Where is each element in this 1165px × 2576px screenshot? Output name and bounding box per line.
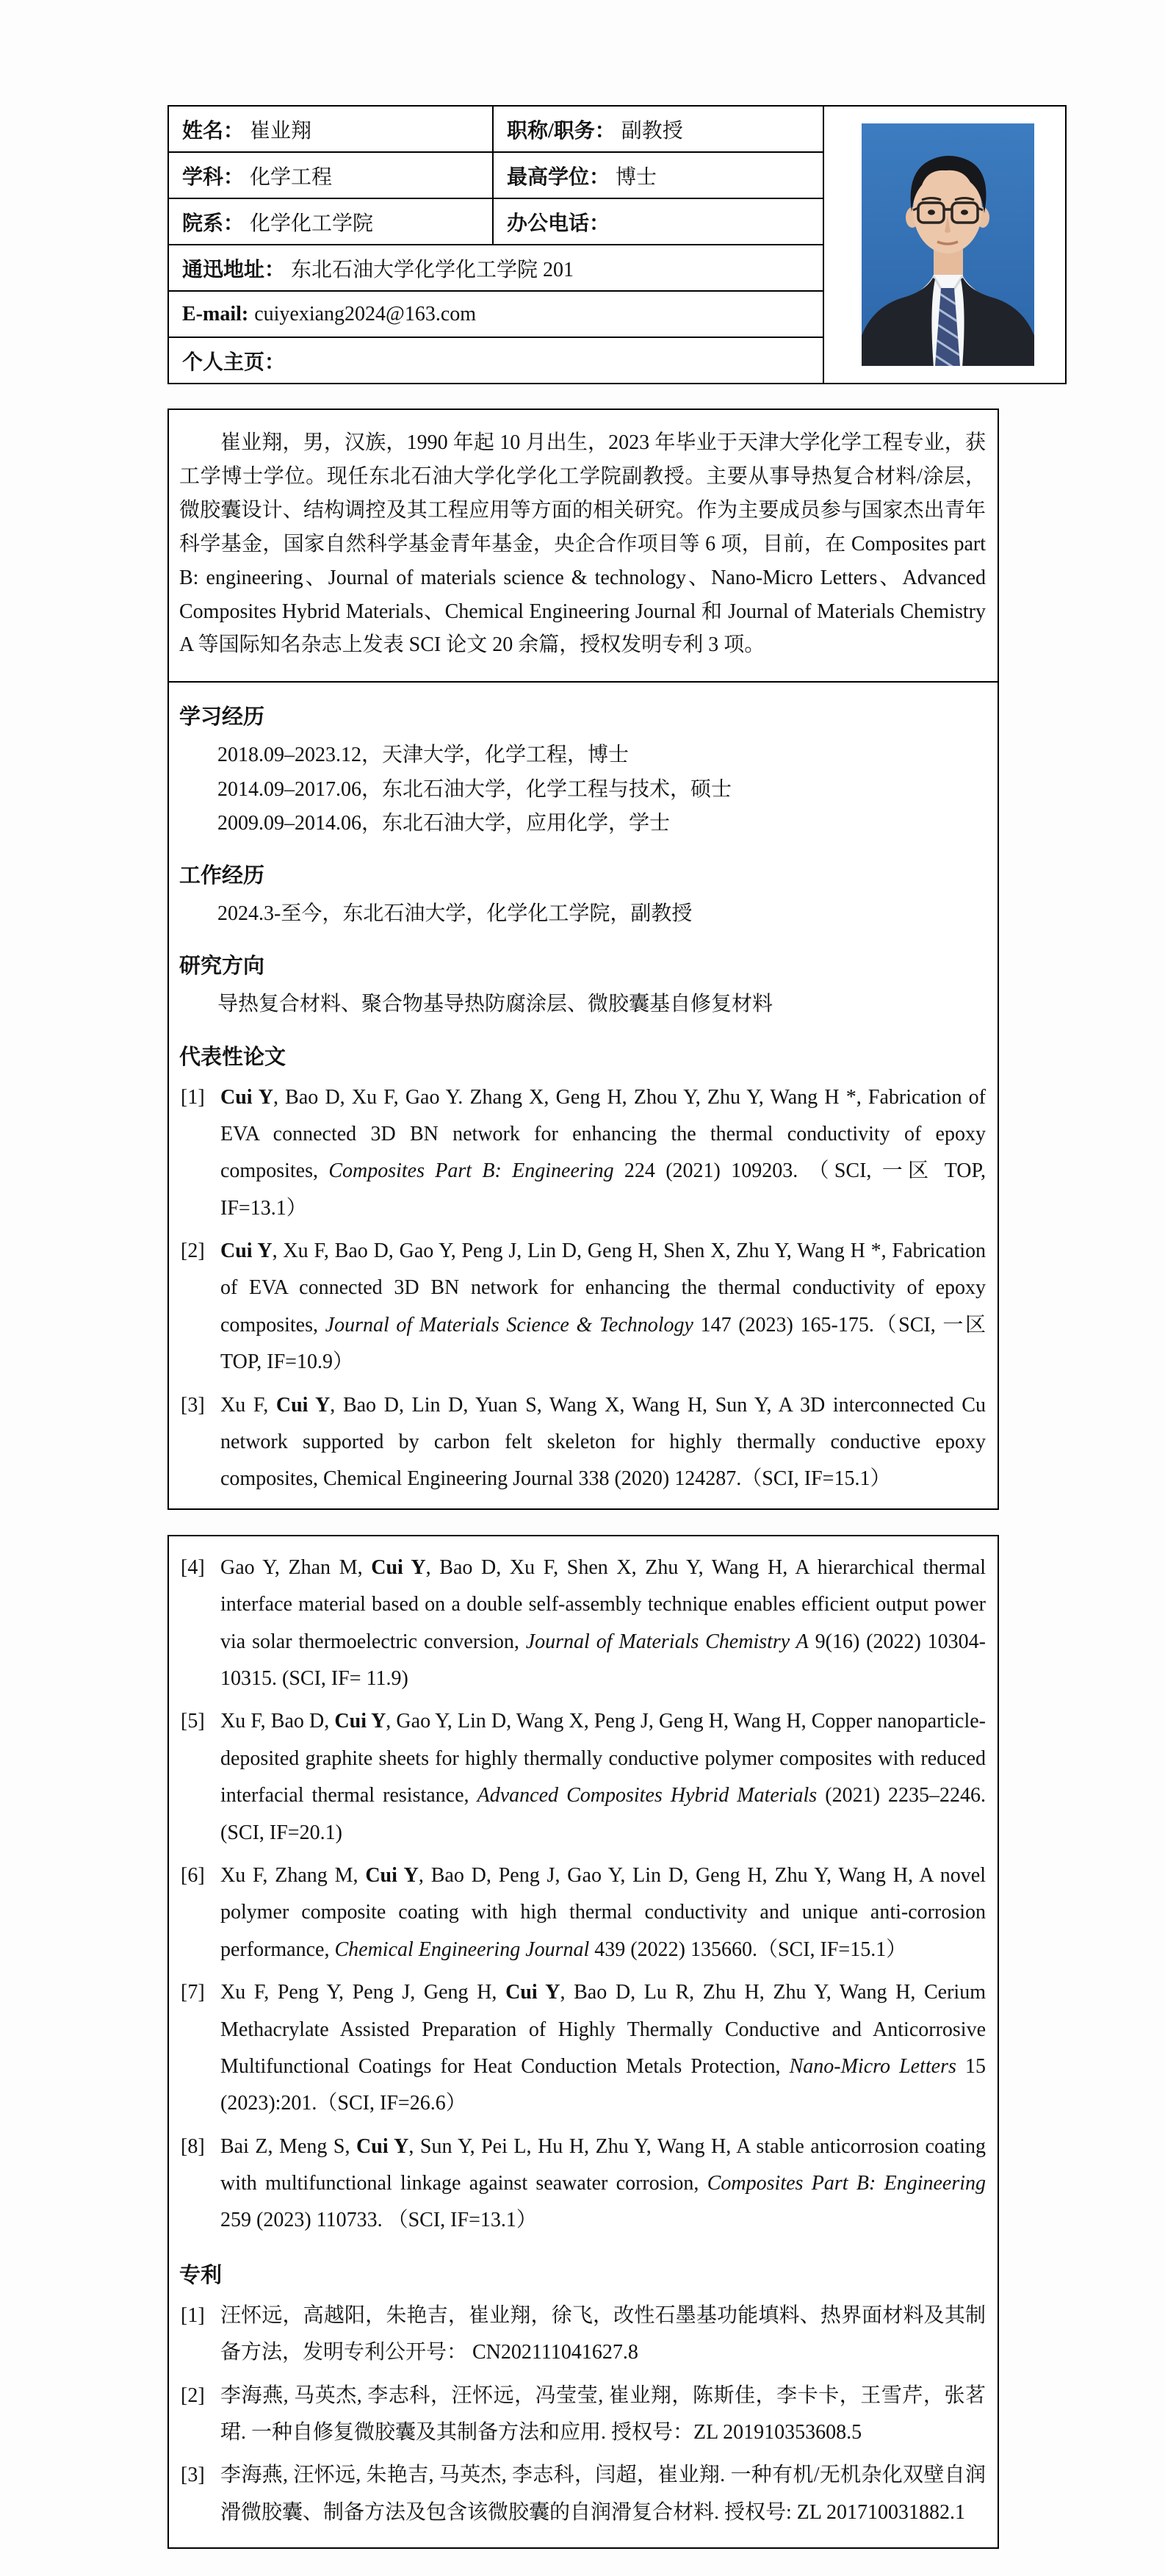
paper-item: [7]Xu F, Peng Y, Peng J, Geng H, Cui Y, … (179, 1974, 986, 2123)
work-heading: 工作经历 (179, 859, 986, 889)
entry-number: [2] (181, 2378, 205, 2414)
entry-text: 李海燕, 马英杰, 李志科，汪怀远，冯莹莹, 崔业翔，陈斯佳，李卡卡，王雪芹，张… (220, 2384, 986, 2444)
profile-photo (862, 123, 1034, 366)
entry-text: Cui Y, Bao D, Xu F, Gao Y. Zhang X, Geng… (220, 1086, 986, 1220)
entry-text: Bai Z, Meng S, Cui Y, Sun Y, Pei L, Hu H… (220, 2135, 986, 2232)
field-email: E-mail:cuiyexiang2024@163.com (168, 291, 823, 337)
entry-text: Xu F, Peng Y, Peng J, Geng H, Cui Y, Bao… (220, 1981, 986, 2115)
field-name-value: 崔业翔 (250, 120, 311, 143)
entry-number: [3] (181, 2457, 205, 2494)
field-email-label: E-mail: (182, 303, 248, 325)
education-item: 2014.09–2017.06，东北石油大学，化学工程与技术，硕士 (217, 774, 986, 806)
cv-sections: 学习经历 2018.09–2023.12，天津大学，化学工程，博士2014.09… (169, 683, 998, 1508)
entry-text: 李海燕, 汪怀远, 朱艳吉, 马英杰, 李志科，闫超，崔业翔. 一种有机/无机杂… (220, 2464, 986, 2523)
paper-item: [3]Xu F, Cui Y, Bao D, Lin D, Yuan S, Wa… (179, 1387, 986, 1498)
table-row: 姓名：崔业翔 职称/职务：副教授 (168, 106, 1066, 152)
education-heading: 学习经历 (179, 700, 986, 730)
entry-text: Xu F, Bao D, Cui Y, Gao Y, Lin D, Wang X… (220, 1710, 986, 1843)
research-heading: 研究方向 (179, 949, 986, 979)
field-department-value: 化学化工学院 (250, 212, 373, 235)
field-degree: 最高学位：博士 (493, 152, 823, 198)
paper-item: [8]Bai Z, Meng S, Cui Y, Sun Y, Pei L, H… (179, 2129, 986, 2239)
entry-number: [3] (181, 1387, 205, 1424)
patent-item: [2]李海燕, 马英杰, 李志科，汪怀远，冯莹莹, 崔业翔，陈斯佳，李卡卡，王雪… (179, 2378, 986, 2452)
research-list: 导热复合材料、聚合物基导热防腐涂层、微胶囊基自修复材料 (179, 988, 986, 1021)
entry-text: Xu F, Cui Y, Bao D, Lin D, Yuan S, Wang … (220, 1394, 986, 1491)
entry-number: [8] (181, 2129, 205, 2165)
field-homepage: 个人主页： (168, 337, 823, 384)
entry-number: [1] (181, 1079, 205, 1116)
info-table: 姓名：崔业翔 职称/职务：副教授 (167, 105, 1067, 384)
field-title-label: 职称/职务： (507, 120, 616, 143)
entry-number: [6] (181, 1857, 205, 1894)
entry-text: Cui Y, Xu F, Bao D, Gao Y, Peng J, Lin D… (220, 1240, 986, 1373)
work-item: 2024.3-至今，东北石油大学，化学化工学院，副教授 (217, 898, 986, 930)
field-department-label: 院系： (182, 212, 244, 235)
paper-item: [1]Cui Y, Bao D, Xu F, Gao Y. Zhang X, G… (179, 1079, 986, 1228)
papers-list-page2: [4]Gao Y, Zhan M, Cui Y, Bao D, Xu F, Sh… (179, 1550, 986, 2239)
field-address-value: 东北石油大学化学化工学院 201 (291, 259, 574, 281)
education-list: 2018.09–2023.12，天津大学，化学工程，博士2014.09–2017… (179, 739, 986, 840)
field-homepage-label: 个人主页： (182, 351, 285, 374)
paper-item: [2]Cui Y, Xu F, Bao D, Gao Y, Peng J, Li… (179, 1233, 986, 1381)
entry-text: Gao Y, Zhan M, Cui Y, Bao D, Xu F, Shen … (220, 1556, 986, 1690)
field-name-label: 姓名： (182, 120, 244, 143)
work-list: 2024.3-至今，东北石油大学，化学化工学院，副教授 (179, 898, 986, 930)
field-name: 姓名：崔业翔 (168, 106, 493, 152)
field-title-value: 副教授 (621, 120, 683, 143)
education-item: 2009.09–2014.06，东北石油大学，应用化学，学士 (217, 807, 986, 840)
field-address: 通迅地址：东北石油大学化学化工学院 201 (168, 245, 823, 291)
entry-number: [4] (181, 1550, 205, 1586)
patents-list: [1]汪怀远，高越阳，朱艳吉，崔业翔，徐飞，改性石墨基功能填料、热界面材料及其制… (179, 2298, 986, 2531)
patents-heading: 专利 (179, 2259, 986, 2289)
field-office-phone-label: 办公电话： (507, 212, 610, 235)
field-degree-value: 博士 (616, 166, 657, 189)
publications-box: [4]Gao Y, Zhan M, Cui Y, Bao D, Xu F, Sh… (167, 1535, 999, 2549)
field-address-label: 通迅地址： (182, 259, 285, 281)
field-discipline-value: 化学工程 (250, 166, 332, 189)
photo-cell (823, 106, 1066, 384)
patent-item: [3]李海燕, 汪怀远, 朱艳吉, 马英杰, 李志科，闫超，崔业翔. 一种有机/… (179, 2457, 986, 2531)
bio-paragraph: 崔业翔，男，汉族，1990 年起 10 月出生，2023 年毕业于天津大学化学工… (169, 410, 998, 683)
entry-number: [1] (181, 2298, 205, 2334)
papers-heading: 代表性论文 (179, 1040, 986, 1071)
education-item: 2018.09–2023.12，天津大学，化学工程，博士 (217, 739, 986, 771)
entry-number: [2] (181, 1233, 205, 1270)
document-page: 姓名：崔业翔 职称/职务：副教授 (0, 0, 1165, 2549)
papers-list-page1: [1]Cui Y, Bao D, Xu F, Gao Y. Zhang X, G… (179, 1079, 986, 1498)
paper-item: [5]Xu F, Bao D, Cui Y, Gao Y, Lin D, Wan… (179, 1703, 986, 1852)
research-item: 导热复合材料、聚合物基导热防腐涂层、微胶囊基自修复材料 (217, 988, 986, 1021)
field-discipline: 学科：化学工程 (168, 152, 493, 198)
field-degree-label: 最高学位： (507, 166, 610, 189)
field-department: 院系：化学化工学院 (168, 198, 493, 245)
profile-box: 崔业翔，男，汉族，1990 年起 10 月出生，2023 年毕业于天津大学化学工… (167, 409, 999, 1510)
field-discipline-label: 学科： (182, 166, 244, 189)
paper-item: [6]Xu F, Zhang M, Cui Y, Bao D, Peng J, … (179, 1857, 986, 1968)
entry-number: [5] (181, 1703, 205, 1740)
paper-item: [4]Gao Y, Zhan M, Cui Y, Bao D, Xu F, Sh… (179, 1550, 986, 1698)
field-title: 职称/职务：副教授 (493, 106, 823, 152)
entry-text: Xu F, Zhang M, Cui Y, Bao D, Peng J, Gao… (220, 1864, 986, 1961)
entry-number: [7] (181, 1974, 205, 2011)
patent-item: [1]汪怀远，高越阳，朱艳吉，崔业翔，徐飞，改性石墨基功能填料、热界面材料及其制… (179, 2298, 986, 2372)
field-office-phone: 办公电话： (493, 198, 823, 245)
entry-text: 汪怀远，高越阳，朱艳吉，崔业翔，徐飞，改性石墨基功能填料、热界面材料及其制备方法… (220, 2304, 986, 2364)
field-email-value: cuiyexiang2024@163.com (254, 303, 476, 325)
